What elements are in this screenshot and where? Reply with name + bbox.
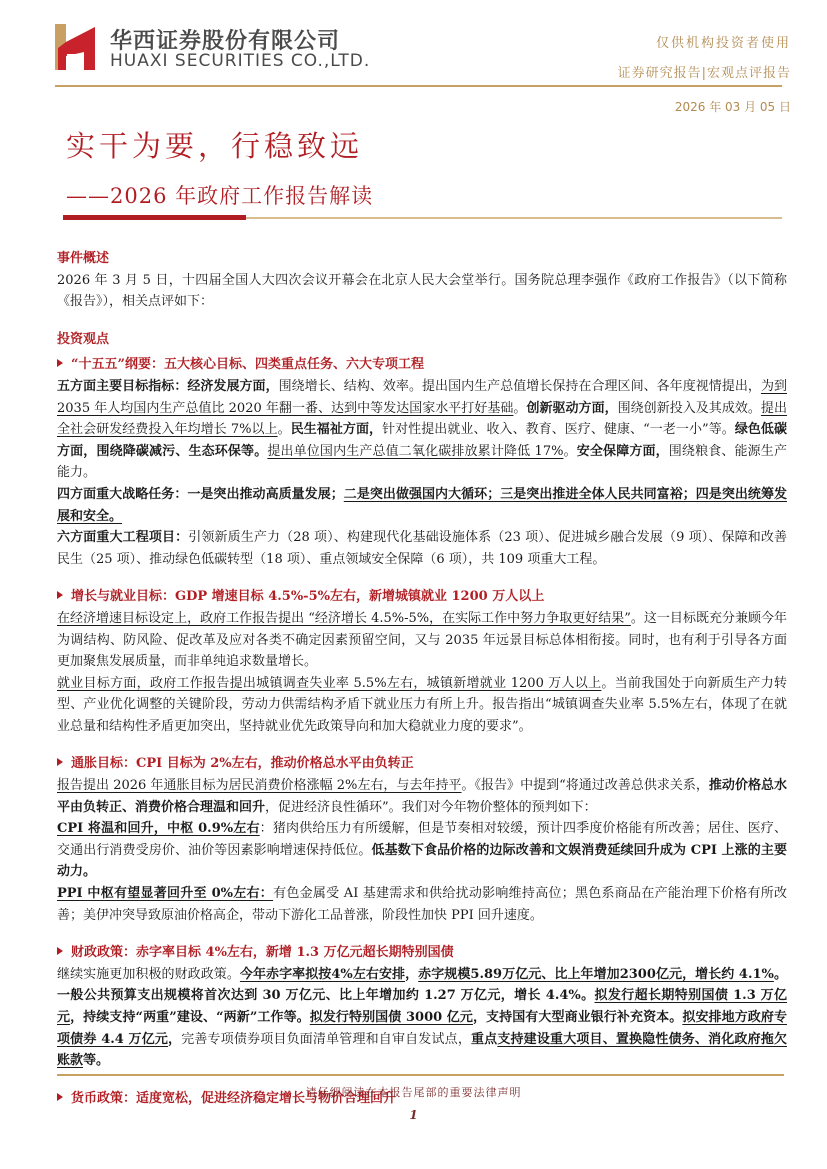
bullet-triangle-icon bbox=[57, 359, 63, 367]
section-label-event: 事件概述 bbox=[57, 248, 787, 270]
title-underline bbox=[246, 217, 782, 219]
paragraph-cpi-outlook: CPI 将温和回升，中枢 0.9%左右：猪肉供给压力有所缓解，但是节奏相对较缓，… bbox=[57, 818, 787, 883]
paragraph-four-tasks: 四方面重大战略任务：一是突出推动高质量发展；二是突出做强国内大循环；三是突出推进… bbox=[57, 484, 787, 527]
bullet-heading-fiscal-policy: 财政政策：赤字率目标 4%左右，新增 1.3 万亿元超长期特别国债 bbox=[57, 942, 787, 964]
bullet-heading-15th-plan: “十五五”纲要：五大核心目标、四类重点任务、六大专项工程 bbox=[57, 354, 787, 376]
report-title: 实干为要，行稳致远 bbox=[66, 124, 363, 165]
report-date: 2026 年 03 月 05 日 bbox=[675, 98, 791, 115]
legal-disclaimer-notice: 请仔细阅读在本报告尾部的重要法律声明 bbox=[0, 1084, 827, 1100]
header-divider bbox=[55, 85, 782, 87]
event-summary: 2026 年 3 月 5 日，十四届全国人大四次会议开幕会在北京人民大会堂举行。… bbox=[57, 270, 787, 313]
bullet-heading-inflation: 通胀目标：CPI 目标为 2%左右，推动价格总水平由负转正 bbox=[57, 753, 787, 775]
audience-restriction: 仅供机构投资者使用 bbox=[656, 32, 791, 51]
page-number: 1 bbox=[0, 1108, 827, 1122]
report-body: 事件概述 2026 年 3 月 5 日，十四届全国人大四次会议开幕会在北京人民大… bbox=[57, 248, 787, 1109]
paragraph-fiscal-policy: 继续实施更加积极的财政政策。今年赤字率拟按4%左右安排，赤字规模5.89万亿元、… bbox=[57, 964, 787, 1072]
report-subtitle: ——2026 年政府工作报告解读 bbox=[66, 180, 373, 210]
company-name-en: HUAXI SECURITIES CO.,LTD. bbox=[110, 51, 370, 71]
paragraph-ppi-outlook: PPI 中枢有望显著回升至 0%左右：有色金属受 AI 基建需求和供给扰动影响维… bbox=[57, 883, 787, 926]
bullet-triangle-icon bbox=[57, 758, 63, 766]
paragraph-inflation-target: 报告提出 2026 年通胀目标为居民消费价格涨幅 2%左右，与去年持平。《报告》… bbox=[57, 775, 787, 818]
report-type: 证券研究报告|宏观点评报告 bbox=[618, 62, 791, 81]
section-label-views: 投资观点 bbox=[57, 329, 787, 351]
title-underline-accent bbox=[63, 215, 246, 220]
footer-divider bbox=[57, 1074, 784, 1076]
bullet-triangle-icon bbox=[57, 591, 63, 599]
paragraph-growth-target: 在经济增速目标设定上，政府工作报告提出 “经济增长 4.5%-5%，在实际工作中… bbox=[57, 608, 787, 673]
huaxi-logo-icon bbox=[55, 24, 95, 70]
paragraph-employment-target: 就业目标方面，政府工作报告提出城镇调查失业率 5.5%左右，城镇新增就业 120… bbox=[57, 673, 787, 738]
bullet-heading-growth-employment: 增长与就业目标：GDP 增速目标 4.5%-5%左右，新增城镇就业 1200 万… bbox=[57, 586, 787, 608]
paragraph-five-targets: 五方面主要目标指标：经济发展方面，围绕增长、结构、效率。提出国内生产总值增长保持… bbox=[57, 376, 787, 484]
bullet-triangle-icon bbox=[57, 947, 63, 955]
paragraph-six-projects: 六方面重大工程项目：引领新质生产力（28 项）、构建现代化基础设施体系（23 项… bbox=[57, 527, 787, 570]
